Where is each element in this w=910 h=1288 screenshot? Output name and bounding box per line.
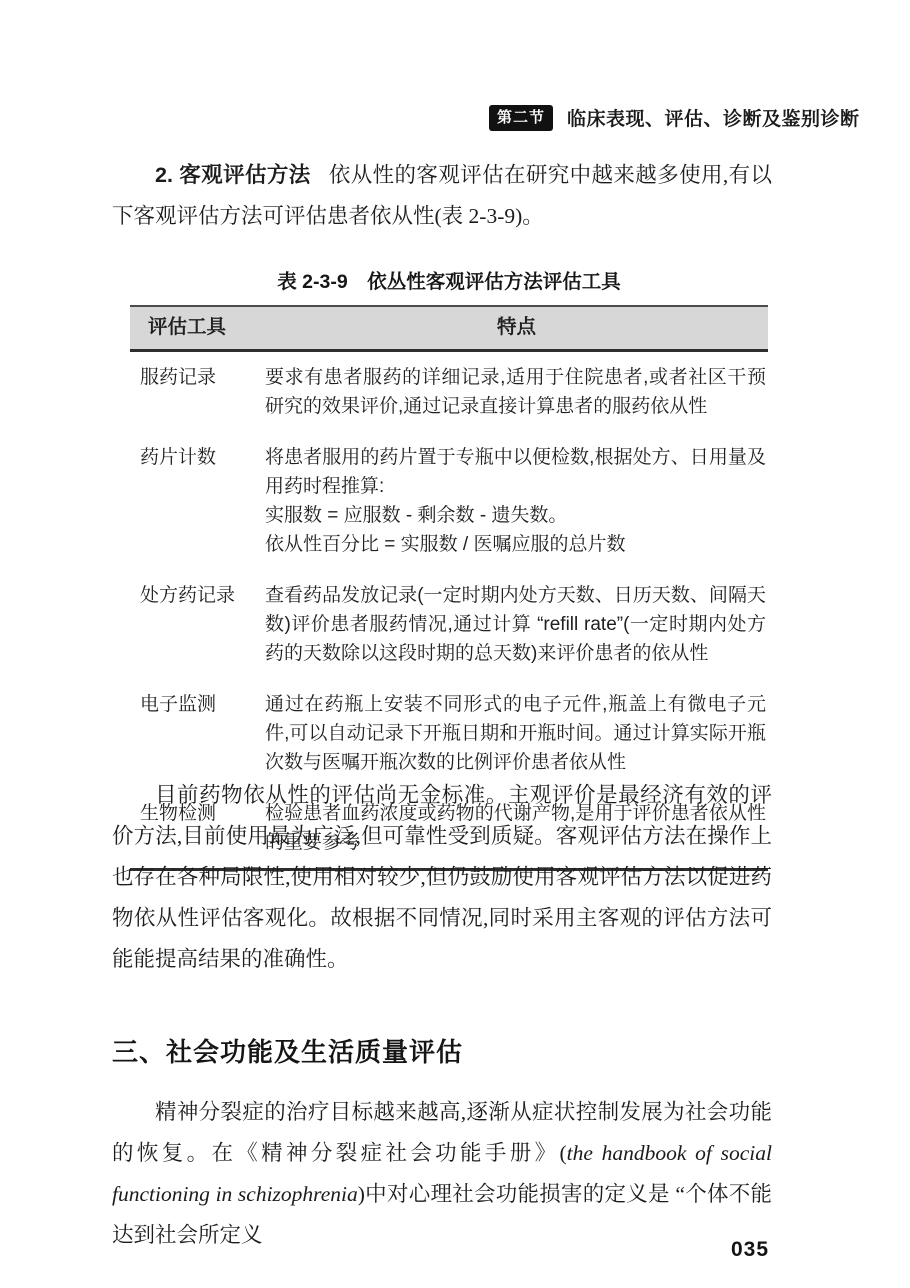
tool-cell: 服药记录 [130, 351, 265, 433]
feature-line: 依从性百分比 = 实服数 / 医嘱应服的总片数 [265, 530, 766, 559]
table-row: 服药记录 要求有患者服药的详细记录,适用于住院患者,或者社区干预研究的效果评价,… [130, 351, 768, 433]
social-functioning-paragraph: 精神分裂症的治疗目标越来越高,逐渐从症状控制发展为社会功能的恢复。在《精神分裂症… [112, 1092, 772, 1256]
section-badge: 第二节 [489, 105, 553, 131]
section-heading: 三、社会功能及生活质量评估 [112, 1032, 463, 1069]
tool-cell: 处方药记录 [130, 570, 265, 679]
feature-cell: 通过在药瓶上安装不同形式的电子元件,瓶盖上有微电子元件,可以自动记录下开瓶日期和… [265, 679, 768, 788]
table-row: 处方药记录 查看药品发放记录(一定时期内处方天数、日历天数、间隔天数)评价患者服… [130, 570, 768, 679]
feature-line: 查看药品发放记录(一定时期内处方天数、日历天数、间隔天数)评价患者服药情况,通过… [265, 581, 766, 668]
feature-line: 将患者服用的药片置于专瓶中以便检数,根据处方、日用量及用药时程推算: [265, 443, 766, 501]
column-header-feature: 特点 [265, 306, 768, 351]
feature-line: 通过在药瓶上安装不同形式的电子元件,瓶盖上有微电子元件,可以自动记录下开瓶日期和… [265, 690, 766, 777]
book-page: 第二节 临床表现、评估、诊断及鉴别诊断 2. 客观评估方法依从性的客观评估在研究… [0, 0, 910, 1288]
intro-paragraph: 2. 客观评估方法依从性的客观评估在研究中越来越多使用,有以下客观评估方法可评估… [112, 155, 772, 237]
tool-cell: 药片计数 [130, 432, 265, 570]
feature-line: 要求有患者服药的详细记录,适用于住院患者,或者社区干预研究的效果评价,通过记录直… [265, 363, 766, 421]
page-number: 035 [731, 1238, 769, 1262]
running-header-title: 临床表现、评估、诊断及鉴别诊断 [567, 104, 860, 131]
intro-runin-heading: 2. 客观评估方法 [155, 163, 311, 187]
tool-cell: 电子监测 [130, 679, 265, 788]
table-row: 药片计数 将患者服用的药片置于专瓶中以便检数,根据处方、日用量及用药时程推算: … [130, 432, 768, 570]
summary-paragraph: 目前药物依从性的评估尚无金标准。主观评价是最经济有效的评价方法,目前使用最为广泛… [112, 775, 772, 980]
running-header: 第二节 临床表现、评估、诊断及鉴别诊断 [489, 104, 860, 131]
table-row: 电子监测 通过在药瓶上安装不同形式的电子元件,瓶盖上有微电子元件,可以自动记录下… [130, 679, 768, 788]
assessment-table-head: 评估工具 特点 [130, 306, 768, 351]
feature-cell: 要求有患者服药的详细记录,适用于住院患者,或者社区干预研究的效果评价,通过记录直… [265, 351, 768, 433]
table-header-row: 评估工具 特点 [130, 306, 768, 351]
feature-cell: 将患者服用的药片置于专瓶中以便检数,根据处方、日用量及用药时程推算: 实服数 =… [265, 432, 768, 570]
column-header-tool: 评估工具 [130, 306, 265, 351]
feature-cell: 查看药品发放记录(一定时期内处方天数、日历天数、间隔天数)评价患者服药情况,通过… [265, 570, 768, 679]
feature-line: 实服数 = 应服数 - 剩余数 - 遗失数。 [265, 501, 766, 530]
table-caption: 表 2-3-9 依丛性客观评估方法评估工具 [130, 266, 768, 294]
